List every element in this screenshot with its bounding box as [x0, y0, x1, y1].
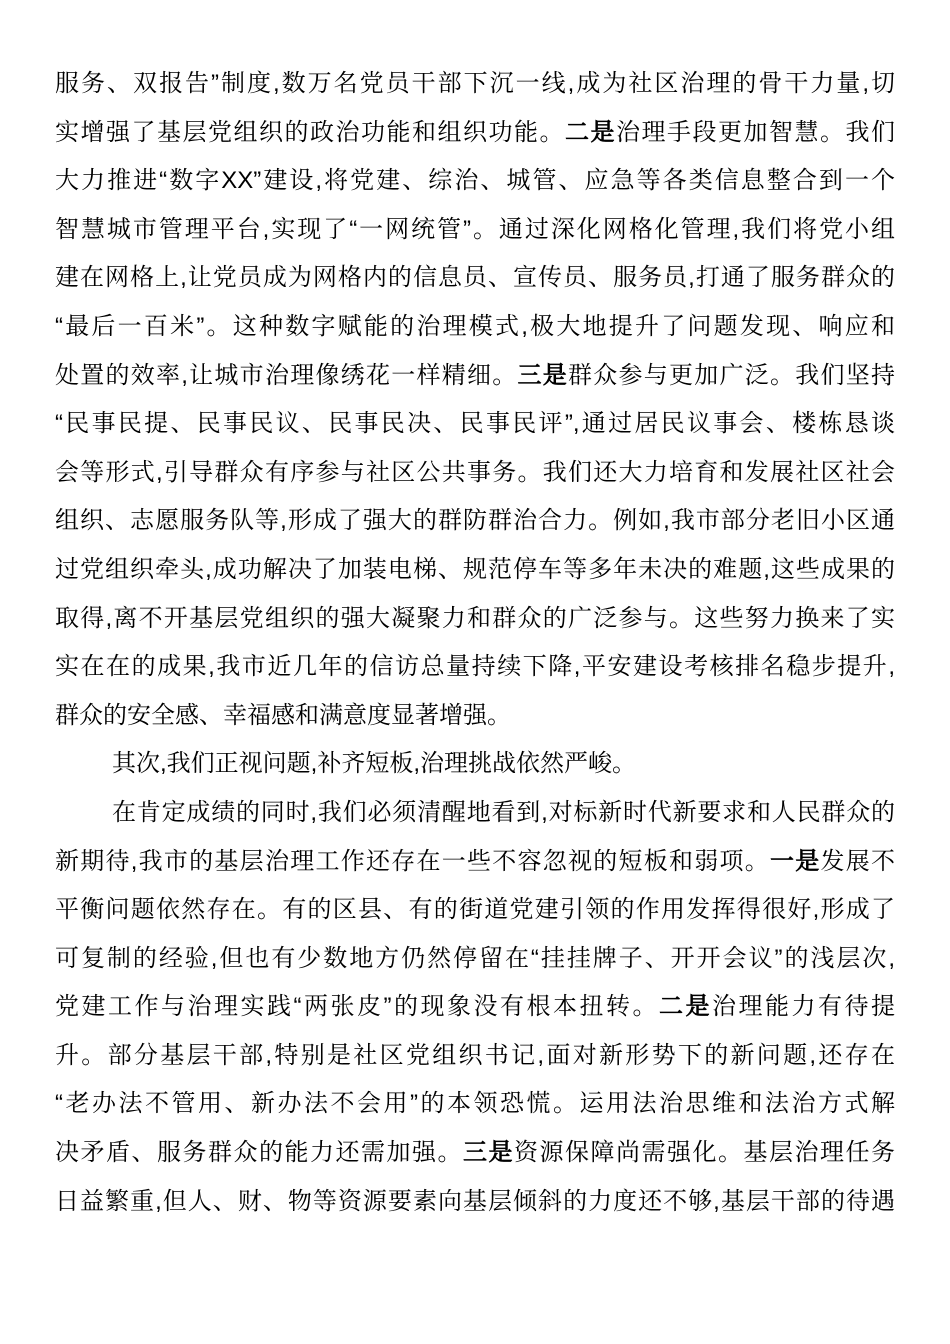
paragraph-transition: 其次,我们正视问题,补齐短板,治理挑战依然严峻。: [55, 740, 895, 789]
text-line: 群众的安全感、幸福感和满意度显著增强。: [55, 692, 895, 741]
text-segment: 群众的安全感、幸福感和满意度显著增强。: [55, 702, 511, 729]
text-segment: 大力推进“数字XX”建设,将党建、综治、城管、应急等各类信息整合到一个: [55, 167, 895, 194]
text-segment: 群众参与更加广泛。我们坚持: [568, 362, 895, 389]
document-page: 服务、双报告”制度,数万名党员干部下沉一线,成为社区治理的骨干力量,切实增强了基…: [0, 0, 950, 1344]
text-segment: 其次,我们正视问题,补齐短板,治理挑战依然严峻。: [112, 750, 636, 777]
text-line: “最后一百米”。这种数字赋能的治理模式,极大地提升了问题发现、响应和: [55, 303, 895, 352]
text-segment: 取得,离不开基层党组织的强大凝聚力和群众的广泛参与。这些努力换来了实: [55, 605, 895, 632]
bold-emphasis-text: 三是: [463, 1139, 514, 1166]
text-segment: 组织、志愿服务队等,形成了强大的群防群治合力。例如,我市部分老旧小区通: [55, 507, 895, 534]
text-line: 会等形式,引导群众有序参与社区公共事务。我们还大力培育和发展社区社会: [55, 449, 895, 498]
text-line: 智慧城市管理平台,实现了“一网统管”。通过深化网格化管理,我们将党小组: [55, 206, 895, 255]
text-segment: 会等形式,引导群众有序参与社区公共事务。我们还大力培育和发展社区社会: [55, 459, 895, 486]
text-line: 实在在的成果,我市近几年的信访总量持续下降,平安建设考核排名稳步提升,: [55, 643, 895, 692]
paragraph-achievements-continued: 服务、双报告”制度,数万名党员干部下沉一线,成为社区治理的骨干力量,切实增强了基…: [55, 60, 895, 740]
text-segment: 决矛盾、服务群众的能力还需加强。: [55, 1139, 463, 1166]
text-segment: 日益繁重,但人、财、物等资源要素向基层倾斜的力度还不够,基层干部的待遇: [55, 1188, 895, 1215]
paragraph-problems: 在肯定成绩的同时,我们必须清醒地看到,对标新时代新要求和人民群众的新期待,我市的…: [55, 789, 895, 1226]
text-line: “民事民提、民事民议、民事民决、民事民评”,通过居民议事会、楼栋恳谈: [55, 400, 895, 449]
text-segment: 建在网格上,让党员成为网格内的信息员、宣传员、服务员,打通了服务群众的: [55, 264, 895, 291]
text-segment: 可复制的经验,但也有少数地方仍然停留在“挂挂牌子、开开会议”的浅层次,: [55, 945, 895, 972]
text-line: “老办法不管用、新办法不会用”的本领恐慌。运用法治思维和法治方式解: [55, 1080, 895, 1129]
text-segment: “民事民提、民事民议、民事民决、民事民评”,通过居民议事会、楼栋恳谈: [55, 410, 895, 437]
text-line: 建在网格上,让党员成为网格内的信息员、宣传员、服务员,打通了服务群众的: [55, 254, 895, 303]
text-line: 过党组织牵头,成功解决了加装电梯、规范停车等多年未决的难题,这些成果的: [55, 546, 895, 595]
text-line: 取得,离不开基层党组织的强大凝聚力和群众的广泛参与。这些努力换来了实: [55, 595, 895, 644]
text-segment: 处置的效率,让城市治理像绣花一样精细。: [55, 362, 517, 389]
text-segment: 实增强了基层党组织的政治功能和组织功能。: [55, 119, 565, 146]
text-line: 升。部分基层干部,特别是社区党组织书记,面对新形势下的新问题,还存在: [55, 1032, 895, 1081]
document-body: 服务、双报告”制度,数万名党员干部下沉一线,成为社区治理的骨干力量,切实增强了基…: [0, 0, 950, 1226]
text-line: 组织、志愿服务队等,形成了强大的群防群治合力。例如,我市部分老旧小区通: [55, 497, 895, 546]
text-segment: 升。部分基层干部,特别是社区党组织书记,面对新形势下的新问题,还存在: [55, 1042, 895, 1069]
text-segment: 服务、双报告”制度,数万名党员干部下沉一线,成为社区治理的骨干力量,切: [55, 70, 895, 97]
text-segment: 实在在的成果,我市近几年的信访总量持续下降,平安建设考核排名稳步提升,: [55, 653, 895, 680]
text-segment: 过党组织牵头,成功解决了加装电梯、规范停车等多年未决的难题,这些成果的: [55, 556, 895, 583]
text-segment: 资源保障尚需强化。基层治理任务: [514, 1139, 895, 1166]
text-line: 可复制的经验,但也有少数地方仍然停留在“挂挂牌子、开开会议”的浅层次,: [55, 935, 895, 984]
text-segment: 智慧城市管理平台,实现了“一网统管”。通过深化网格化管理,我们将党小组: [55, 216, 895, 243]
text-line: 其次,我们正视问题,补齐短板,治理挑战依然严峻。: [55, 740, 895, 789]
text-line: 党建工作与治理实践“两张皮”的现象没有根本扭转。二是治理能力有待提: [55, 983, 895, 1032]
text-segment: “老办法不管用、新办法不会用”的本领恐慌。运用法治思维和法治方式解: [55, 1090, 895, 1117]
text-segment: 在肯定成绩的同时,我们必须清醒地看到,对标新时代新要求和人民群众的: [112, 799, 895, 826]
text-segment: 治理能力有待提: [712, 993, 895, 1020]
bold-emphasis-text: 一是: [770, 848, 821, 875]
text-line: 处置的效率,让城市治理像绣花一样精细。三是群众参与更加广泛。我们坚持: [55, 352, 895, 401]
text-segment: 党建工作与治理实践“两张皮”的现象没有根本扭转。: [55, 993, 659, 1020]
bold-emphasis-text: 三是: [517, 362, 568, 389]
text-segment: “最后一百米”。这种数字赋能的治理模式,极大地提升了问题发现、响应和: [55, 313, 895, 340]
text-segment: 新期待,我市的基层治理工作还存在一些不容忽视的短板和弱项。: [55, 848, 770, 875]
text-line: 日益繁重,但人、财、物等资源要素向基层倾斜的力度还不够,基层干部的待遇: [55, 1178, 895, 1227]
text-line: 决矛盾、服务群众的能力还需加强。三是资源保障尚需强化。基层治理任务: [55, 1129, 895, 1178]
text-segment: 治理手段更加智慧。我们: [616, 119, 895, 146]
text-line: 新期待,我市的基层治理工作还存在一些不容忽视的短板和弱项。一是发展不: [55, 838, 895, 887]
bold-emphasis-text: 二是: [565, 119, 616, 146]
bold-emphasis-text: 二是: [659, 993, 712, 1020]
text-segment: 发展不: [821, 848, 896, 875]
text-line: 实增强了基层党组织的政治功能和组织功能。二是治理手段更加智慧。我们: [55, 109, 895, 158]
text-line: 在肯定成绩的同时,我们必须清醒地看到,对标新时代新要求和人民群众的: [55, 789, 895, 838]
text-line: 大力推进“数字XX”建设,将党建、综治、城管、应急等各类信息整合到一个: [55, 157, 895, 206]
text-line: 服务、双报告”制度,数万名党员干部下沉一线,成为社区治理的骨干力量,切: [55, 60, 895, 109]
text-segment: 平衡问题依然存在。有的区县、有的街道党建引领的作用发挥得很好,形成了: [55, 896, 895, 923]
text-line: 平衡问题依然存在。有的区县、有的街道党建引领的作用发挥得很好,形成了: [55, 886, 895, 935]
